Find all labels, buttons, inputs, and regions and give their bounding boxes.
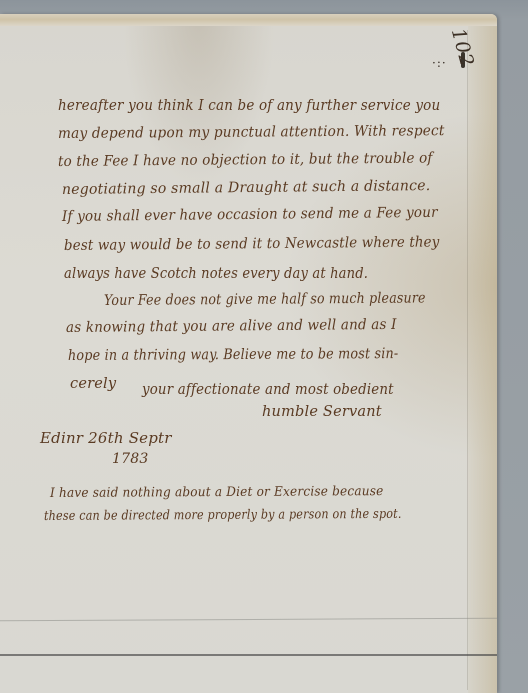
letter-line-10: hope in a thriving way. Believe me to be… [68, 346, 398, 364]
closing-line-1: your affectionate and most obedient [142, 382, 394, 398]
closing-line-2: humble Servant [262, 404, 382, 420]
letter-line-2: may depend upon my punctual attention. W… [58, 123, 445, 142]
fold-line [0, 618, 497, 622]
margin-ink-dots: ·:· [432, 56, 447, 70]
letter-line-1: hereafter you think I can be of any furt… [58, 98, 440, 114]
postscript-line-1: I have said nothing about a Diet or Exer… [50, 484, 384, 501]
dateline-place-date: Edinr 26th Septr [40, 429, 172, 447]
postscript-line-2: these can be directed more properly by a… [44, 507, 402, 524]
dateline-year: 1783 [112, 451, 148, 467]
page-edge-stain [468, 26, 497, 693]
letter-line-7: always have Scotch notes every day at ha… [64, 266, 368, 282]
letter-line-11: cerely [70, 376, 116, 392]
page-top-edge [0, 14, 497, 26]
fold-crease [0, 654, 497, 656]
letter-line-8: Your Fee does not give me half so much p… [104, 290, 426, 309]
letter-line-9: as knowing that you are alive and well a… [66, 317, 397, 336]
margin-line [467, 30, 468, 690]
